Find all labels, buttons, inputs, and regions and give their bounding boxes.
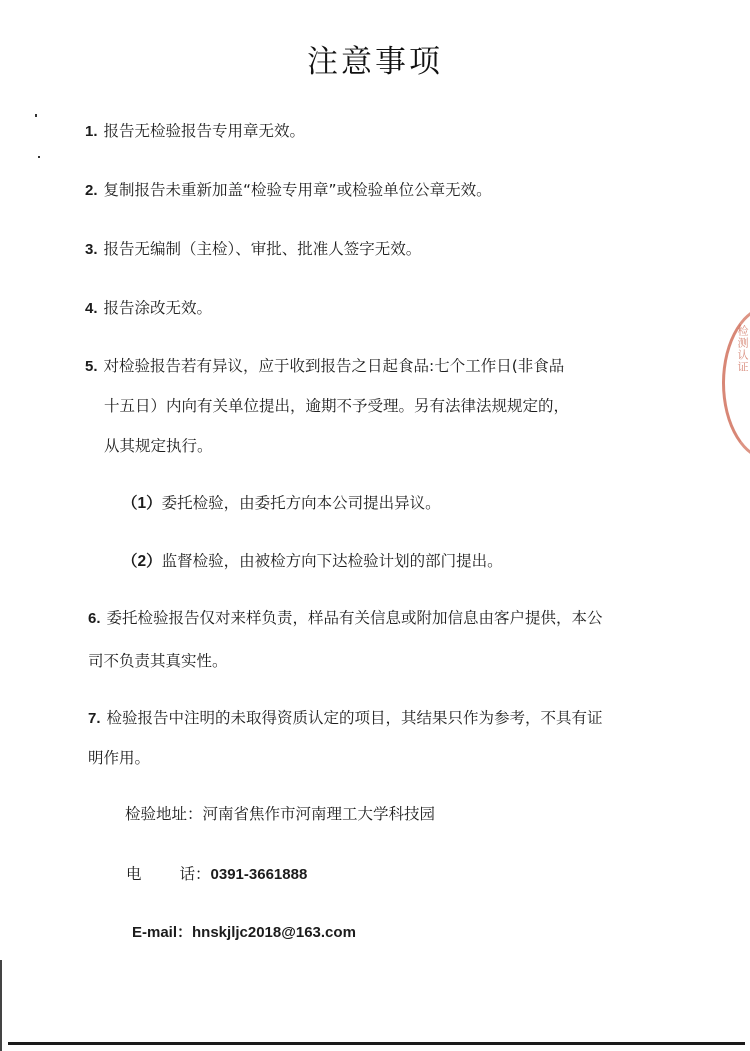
page-title: 注意事项 (0, 36, 750, 81)
phone-value: 0391-3661888 (211, 866, 308, 883)
email-value: hnskjljc2018@163.com (192, 924, 356, 941)
phone-label-char-1: 电 (126, 865, 142, 883)
scan-speck (38, 156, 40, 158)
item-text: 报告无检验报告专用章无效。 (104, 122, 306, 140)
item-number: 6. (88, 610, 101, 627)
item-number: 4. (85, 300, 98, 317)
notice-item-1: 1.报告无检验报告专用章无效。 (85, 119, 305, 141)
document-page: 注意事项 1.报告无检验报告专用章无效。 2.复制报告未重新加盖“检验专用章”或… (0, 0, 750, 1051)
notice-item-7: 7.检验报告中注明的未取得资质认定的项目，其结果只作为参考，不具有证 (88, 706, 603, 728)
item-text: 复制报告未重新加盖“检验专用章”或检验单位公章无效。 (104, 181, 492, 199)
seal-text: 检测认证 (735, 325, 749, 373)
subitem-text: 委托检验，由委托方向本公司提出异议。 (162, 494, 441, 512)
item-text: 检验报告中注明的未取得资质认定的项目，其结果只作为参考，不具有证 (107, 709, 603, 727)
scan-speck (35, 114, 37, 117)
email-label: E-mail： (132, 924, 192, 941)
address-line: 检验地址：河南省焦作市河南理工大学科技园 (125, 802, 435, 824)
item-text: 报告无编制（主检）、审批、批准人签字无效。 (104, 240, 422, 258)
phone-line: 电话：0391-3661888 (126, 862, 307, 884)
notice-item-4: 4.报告涂改无效。 (85, 296, 212, 318)
phone-label-char-2: 话： (180, 865, 211, 883)
email-line: E-mail：hnskjljc2018@163.com (132, 921, 356, 942)
subitem-number: （1） (122, 495, 162, 512)
notice-item-2: 2.复制报告未重新加盖“检验专用章”或检验单位公章无效。 (85, 178, 492, 200)
item-number: 3. (85, 241, 98, 258)
item-number: 7. (88, 710, 101, 727)
scan-edge (0, 960, 2, 1051)
item-text: 委托检验报告仅对来样负责，样品有关信息或附加信息由客户提供，本公 (107, 609, 603, 627)
notice-item-5-line-2: 十五日）内向有关单位提出，逾期不予受理。另有法律法规规定的， (104, 394, 569, 416)
notice-subitem-2: （2）监督检验，由被检方向下达检验计划的部门提出。 (122, 549, 503, 571)
notice-subitem-1: （1）委托检验，由委托方向本公司提出异议。 (122, 491, 441, 513)
item-number: 5. (85, 358, 98, 375)
item-text: 对检验报告若有异议，应于收到报告之日起食品:七个工作日(非食品 (104, 357, 565, 375)
notice-item-6-line-2: 司不负责其真实性。 (88, 649, 228, 671)
address-value: 河南省焦作市河南理工大学科技园 (203, 805, 436, 823)
subitem-text: 监督检验，由被检方向下达检验计划的部门提出。 (162, 552, 503, 570)
item-number: 2. (85, 182, 98, 199)
address-label: 检验地址： (125, 805, 203, 823)
item-number: 1. (85, 123, 98, 140)
bottom-border-rule (8, 1042, 745, 1045)
notice-item-5: 5.对检验报告若有异议，应于收到报告之日起食品:七个工作日(非食品 (85, 354, 564, 376)
notice-item-5-line-3: 从其规定执行。 (104, 434, 213, 456)
notice-item-6: 6.委托检验报告仅对来样负责，样品有关信息或附加信息由客户提供，本公 (88, 606, 603, 628)
notice-item-3: 3.报告无编制（主检）、审批、批准人签字无效。 (85, 237, 421, 259)
item-text: 报告涂改无效。 (104, 299, 213, 317)
subitem-number: （2） (122, 553, 162, 570)
notice-item-7-line-2: 明作用。 (88, 746, 150, 768)
